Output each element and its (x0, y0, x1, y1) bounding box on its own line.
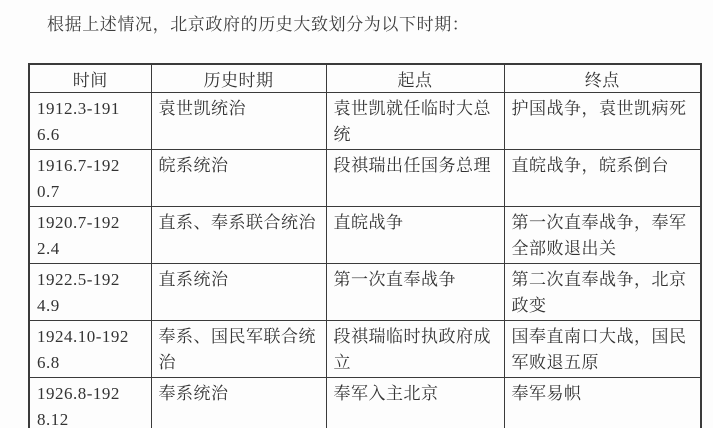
cell-start: 奉军入主北京 (326, 378, 504, 428)
intro-text: 根据上述情况，北京政府的历史大致划分为以下时期： (47, 10, 469, 35)
table-row: 1920.7-192 2.4 直系、奉系联合统治 直皖战争 第一次直奉战争，奉军… (29, 207, 701, 264)
cell-end: 护国战争，袁世凯病死 (504, 93, 701, 150)
cell-period: 直系、奉系联合统治 (151, 207, 326, 264)
cell-time: 1916.7-192 0.7 (29, 150, 151, 207)
cell-start: 段祺瑞临时执政府成 立 (326, 321, 504, 378)
cell-start: 第一次直奉战争 (326, 264, 504, 321)
cell-end: 国奉直南口大战，国民 军败退五原 (504, 321, 701, 378)
cell-end: 第一次直奉战争，奉军 全部败退出关 (504, 207, 701, 264)
document-page: 根据上述情况，北京政府的历史大致划分为以下时期： 时间 历史时期 起点 终点 1… (0, 0, 713, 428)
cell-period: 袁世凯统治 (151, 93, 326, 150)
table-row: 1924.10-192 6.8 奉系、国民军联合统 治 段祺瑞临时执政府成 立 … (29, 321, 701, 378)
beijing-government-periods-table: 时间 历史时期 起点 终点 1912.3-191 6.6 袁世凯统治 袁世凯就任… (28, 63, 702, 428)
cell-start: 段祺瑞出任国务总理 (326, 150, 504, 207)
column-header-period: 历史时期 (151, 64, 326, 93)
cell-start: 袁世凯就任临时大总 统 (326, 93, 504, 150)
cell-end: 奉军易帜 (504, 378, 701, 428)
cell-period: 奉系、国民军联合统 治 (151, 321, 326, 378)
column-header-start: 起点 (326, 64, 504, 93)
cell-period: 奉系统治 (151, 378, 326, 428)
cell-end: 第二次直奉战争，北京 政变 (504, 264, 701, 321)
cell-end: 直皖战争，皖系倒台 (504, 150, 701, 207)
cell-time: 1924.10-192 6.8 (29, 321, 151, 378)
cell-start: 直皖战争 (326, 207, 504, 264)
cell-time: 1920.7-192 2.4 (29, 207, 151, 264)
cell-time: 1912.3-191 6.6 (29, 93, 151, 150)
cell-period: 皖系统治 (151, 150, 326, 207)
table-row: 1926.8-192 8.12 奉系统治 奉军入主北京 奉军易帜 (29, 378, 701, 428)
column-header-time: 时间 (29, 64, 151, 93)
cell-period: 直系统治 (151, 264, 326, 321)
table-row: 1922.5-192 4.9 直系统治 第一次直奉战争 第二次直奉战争，北京 政… (29, 264, 701, 321)
table-header-row: 时间 历史时期 起点 终点 (29, 64, 701, 93)
table-row: 1912.3-191 6.6 袁世凯统治 袁世凯就任临时大总 统 护国战争，袁世… (29, 93, 701, 150)
cell-time: 1926.8-192 8.12 (29, 378, 151, 428)
table-row: 1916.7-192 0.7 皖系统治 段祺瑞出任国务总理 直皖战争，皖系倒台 (29, 150, 701, 207)
cell-time: 1922.5-192 4.9 (29, 264, 151, 321)
column-header-end: 终点 (504, 64, 701, 93)
